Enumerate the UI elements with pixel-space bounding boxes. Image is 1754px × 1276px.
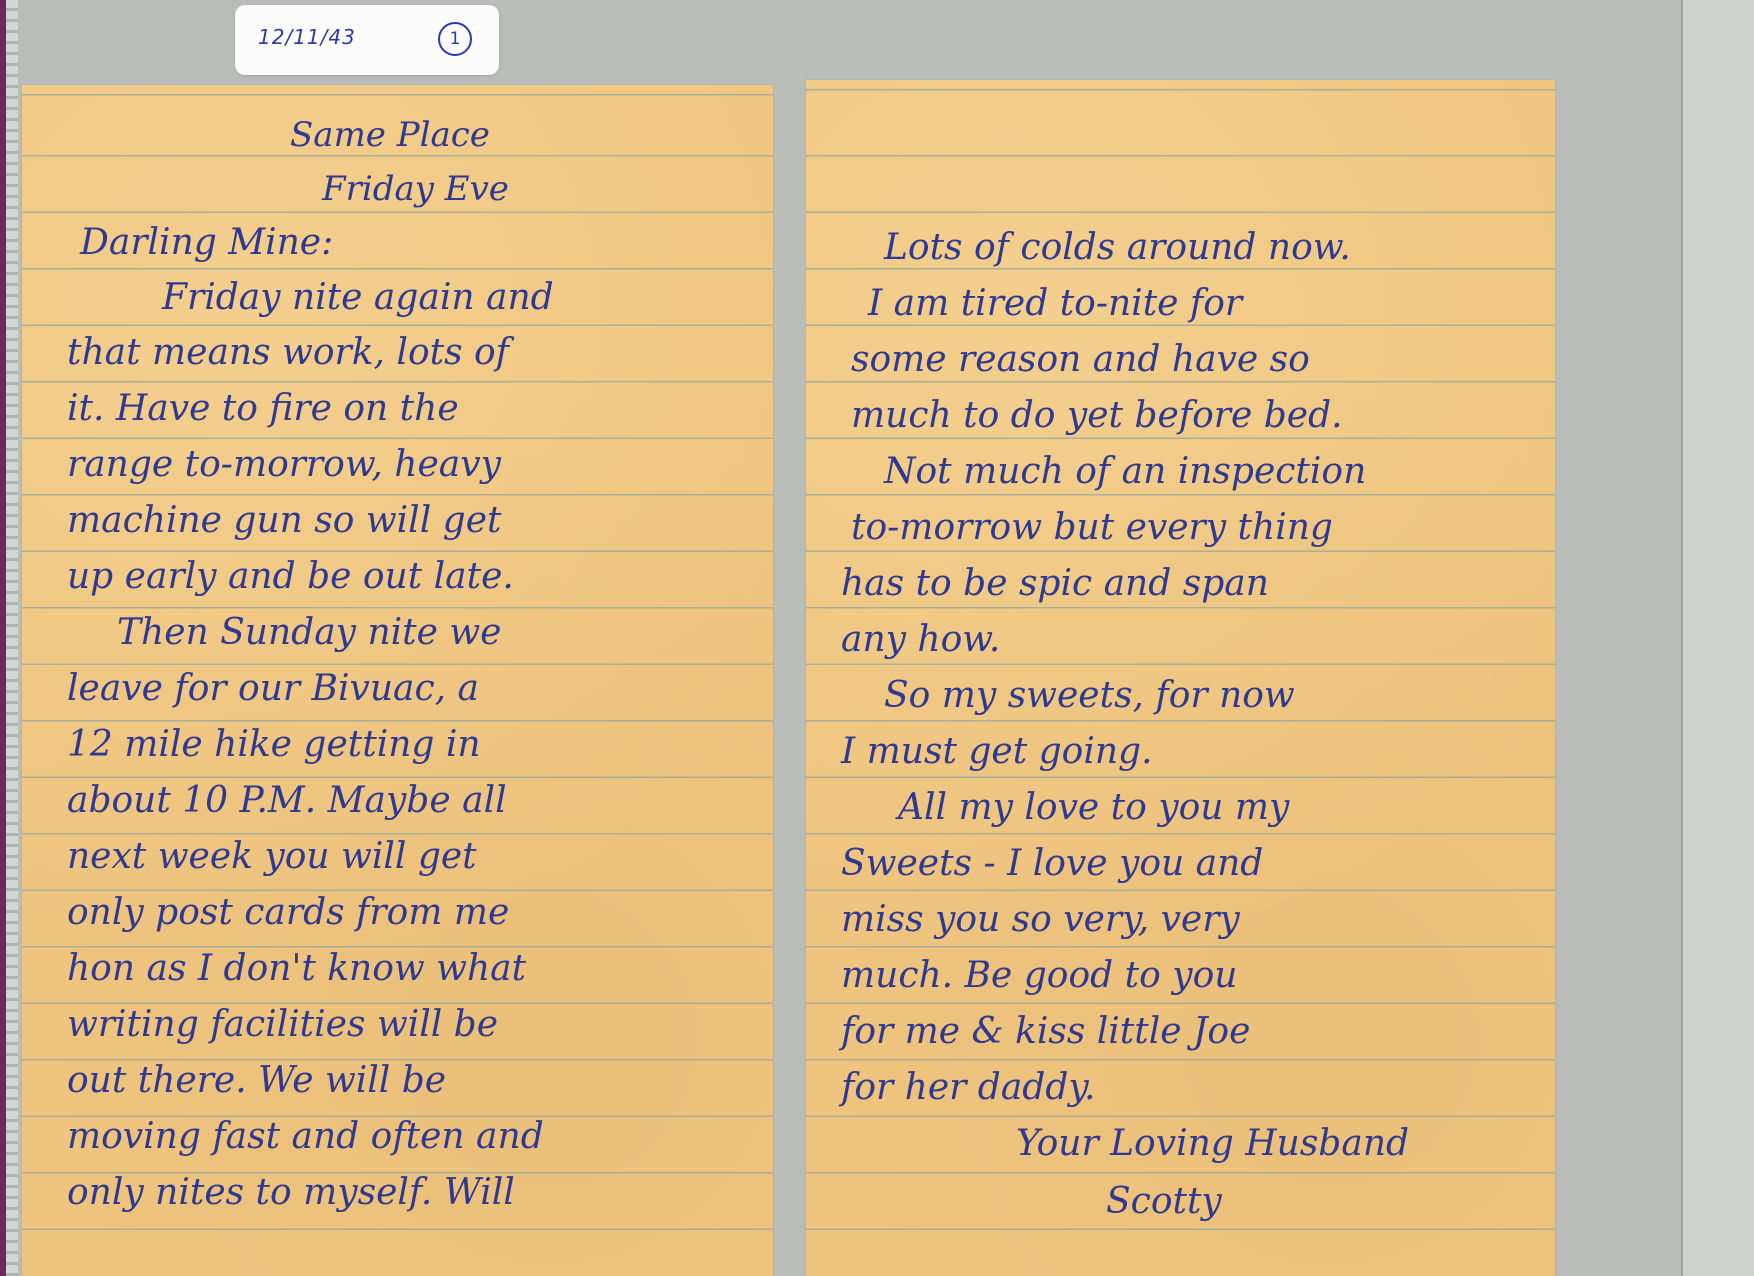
letter-line: about 10 P.M. Maybe all: [67, 773, 507, 829]
signature: Scotty: [1106, 1174, 1222, 1230]
letter-line: some reason and have so: [851, 332, 1310, 388]
letter-line: much to do yet before bed.: [851, 388, 1343, 444]
letter-line: All my love to you my: [898, 780, 1289, 836]
scanner-margin: [1681, 0, 1754, 1276]
letter-line: So my sweets, for now: [884, 668, 1295, 724]
letter-line: Then Sunday nite we: [117, 605, 502, 661]
letter-line: range to-morrow, heavy: [67, 437, 501, 493]
letter-line: miss you so very, very: [841, 892, 1240, 948]
page-number-circle: 1: [438, 22, 472, 56]
letter-line: hon as I don't know what: [67, 941, 526, 997]
letter-place: Same Place: [290, 107, 490, 163]
letter-line: leave for our Bivuac, a: [67, 661, 479, 717]
letter-line: moving fast and often and: [67, 1109, 544, 1165]
letter-line: for me & kiss little Joe: [841, 1004, 1250, 1060]
letter-line: only nites to myself. Will: [67, 1165, 515, 1221]
letter-line: it. Have to fire on the: [67, 381, 459, 437]
letter-line: machine gun so will get: [67, 493, 501, 549]
letter-line: Lots of colds around now.: [884, 220, 1351, 276]
archive-label: 12/11/43 1: [235, 5, 499, 75]
letter-line: that means work, lots of: [67, 325, 509, 381]
letter-line: much. Be good to you: [841, 948, 1237, 1004]
letter-page-2: Lots of colds around now. I am tired to-…: [806, 80, 1555, 1276]
letter-page-1: Same Place Friday Eve Darling Mine: Frid…: [22, 85, 773, 1276]
letter-line: has to be spic and span: [841, 556, 1269, 612]
letter-line: Sweets - I love you and: [841, 836, 1263, 892]
letter-line: I am tired to-nite for: [868, 276, 1242, 332]
letter-line: 12 mile hike getting in: [67, 717, 481, 773]
letter-line: only post cards from me: [67, 885, 509, 941]
letter-line: Not much of an inspection: [884, 444, 1366, 500]
letter-line: writing facilities will be: [67, 997, 498, 1053]
salutation: Darling Mine:: [80, 215, 333, 271]
letter-line: up early and be out late.: [67, 549, 514, 605]
letter-line: any how.: [841, 612, 1000, 668]
letter-line: Friday nite again and: [162, 270, 554, 326]
label-date: 12/11/43: [258, 25, 356, 49]
letter-line: to-morrow but every thing: [851, 500, 1333, 556]
letter-line: out there. We will be: [67, 1053, 446, 1109]
letter-line: I must get going.: [841, 724, 1153, 780]
closing: Your Loving Husband: [1016, 1116, 1409, 1172]
letter-line: for her daddy.: [841, 1060, 1095, 1116]
letter-line: next week you will get: [67, 829, 477, 885]
sheet-protector-perforation: [6, 0, 18, 1276]
letter-day: Friday Eve: [322, 161, 509, 217]
